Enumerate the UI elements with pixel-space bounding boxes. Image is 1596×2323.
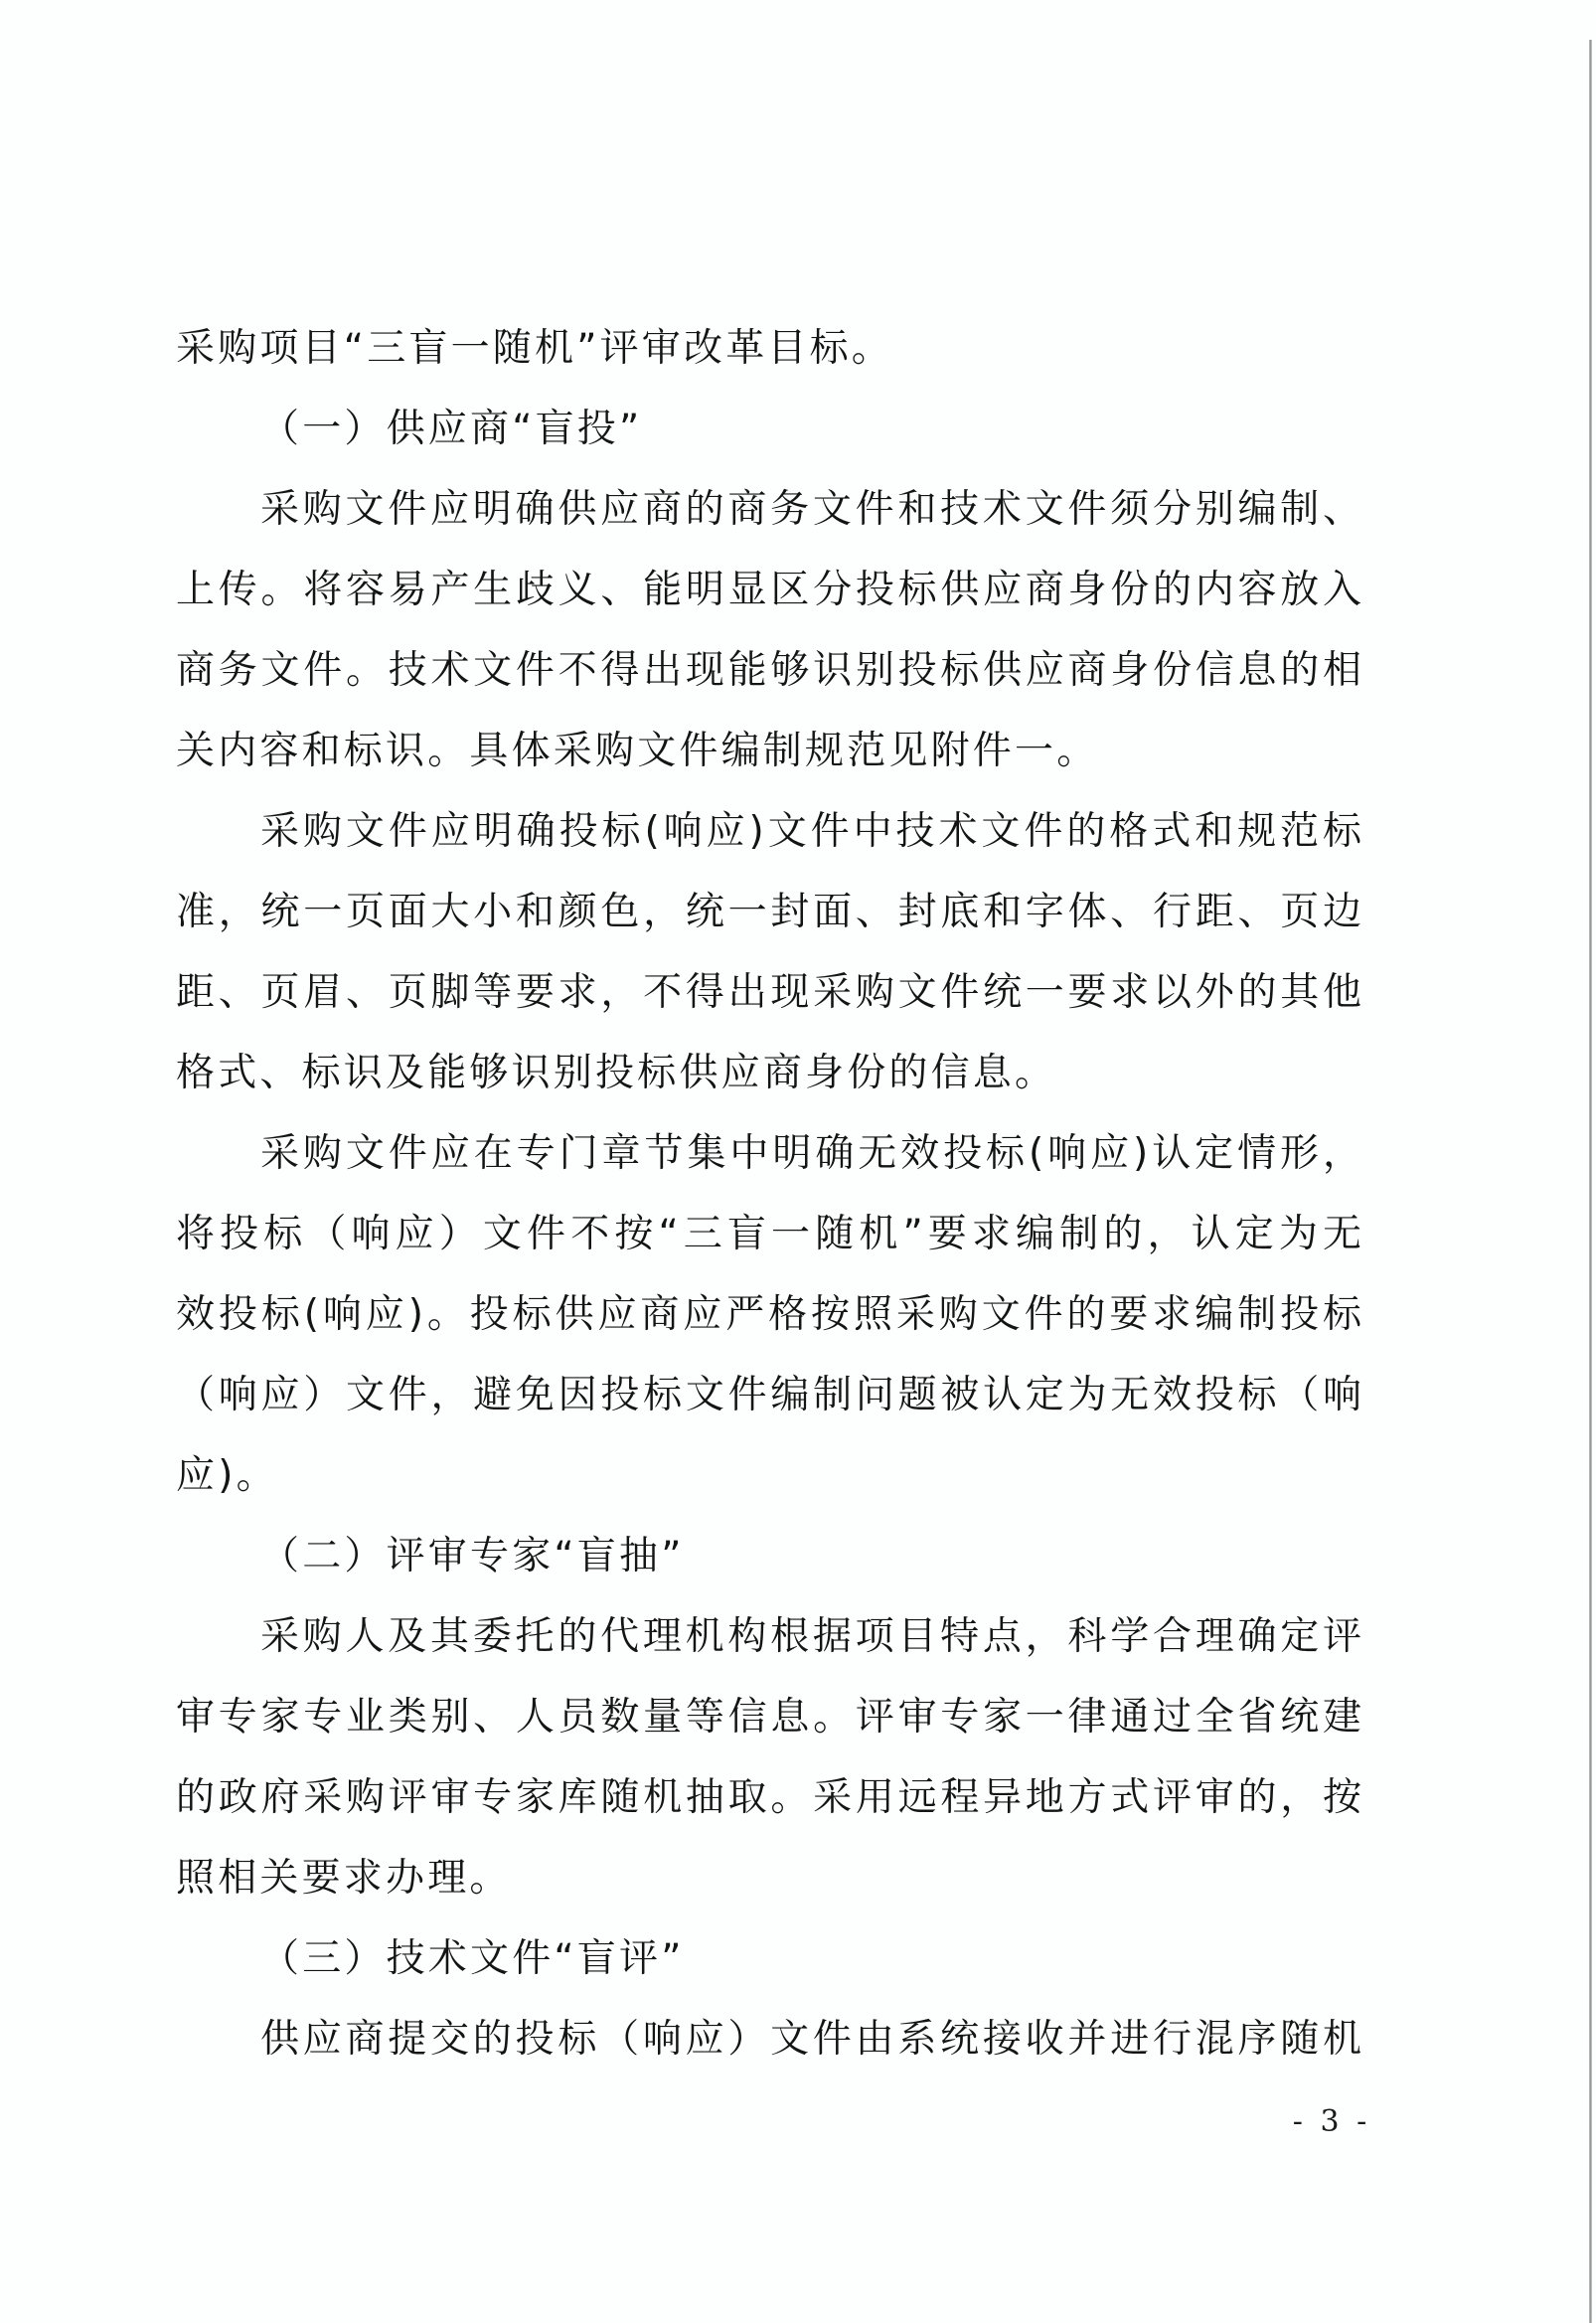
paragraph-line: 上传。将容易产生歧义、能明显区分投标供应商身份的内容放入 [176, 550, 1361, 630]
paragraph-line: 采购文件应明确供应商的商务文件和技术文件须分别编制、 [176, 469, 1361, 550]
paragraph-line: （响应）文件，避免因投标文件编制问题被认定为无效投标（响 [176, 1355, 1361, 1435]
section-heading-technical-blind-review: （三）技术文件“盲评” [176, 1918, 1361, 1999]
paragraph-line: 将投标（响应）文件不按“三盲一随机”要求编制的，认定为无 [176, 1194, 1361, 1274]
paragraph-line: 采购文件应在专门章节集中明确无效投标(响应)认定情形， [176, 1113, 1361, 1194]
section-heading-supplier-blind-bid: （一）供应商“盲投” [176, 389, 1361, 469]
paragraph-line: 关内容和标识。具体采购文件编制规范见附件一。 [176, 711, 1361, 791]
paragraph-line: 格式、标识及能够识别投标供应商身份的信息。 [176, 1033, 1361, 1113]
paragraph-line: 供应商提交的投标（响应）文件由系统接收并进行混序随机 [176, 1999, 1361, 2079]
page-number: - 3 - [1278, 2102, 1381, 2142]
scan-edge-line [1589, 40, 1592, 2323]
paragraph-line: 商务文件。技术文件不得出现能够识别投标供应商身份信息的相 [176, 630, 1361, 711]
document-page: 采购项目“三盲一随机”评审改革目标。 （一）供应商“盲投” 采购文件应明确供应商… [0, 0, 1596, 2323]
paragraph-line: 采购文件应明确投标(响应)文件中技术文件的格式和规范标 [176, 791, 1361, 872]
paragraph-line: 照相关要求办理。 [176, 1838, 1361, 1918]
paragraph-line: 的政府采购评审专家库随机抽取。采用远程异地方式评审的，按 [176, 1757, 1361, 1838]
paragraph-line: 采购人及其委托的代理机构根据项目特点，科学合理确定评 [176, 1596, 1361, 1677]
paragraph-continuation-line: 采购项目“三盲一随机”评审改革目标。 [176, 308, 1361, 389]
paragraph-line: 距、页眉、页脚等要求，不得出现采购文件统一要求以外的其他 [176, 952, 1361, 1033]
paragraph-line: 准，统一页面大小和颜色，统一封面、封底和字体、行距、页边 [176, 872, 1361, 952]
paragraph-line: 审专家专业类别、人员数量等信息。评审专家一律通过全省统建 [176, 1677, 1361, 1757]
document-body: 采购项目“三盲一随机”评审改革目标。 （一）供应商“盲投” 采购文件应明确供应商… [176, 308, 1361, 2079]
section-heading-expert-blind-draw: （二）评审专家“盲抽” [176, 1516, 1361, 1596]
paragraph-line: 效投标(响应)。投标供应商应严格按照采购文件的要求编制投标 [176, 1274, 1361, 1355]
paragraph-line: 应)。 [176, 1435, 1361, 1516]
